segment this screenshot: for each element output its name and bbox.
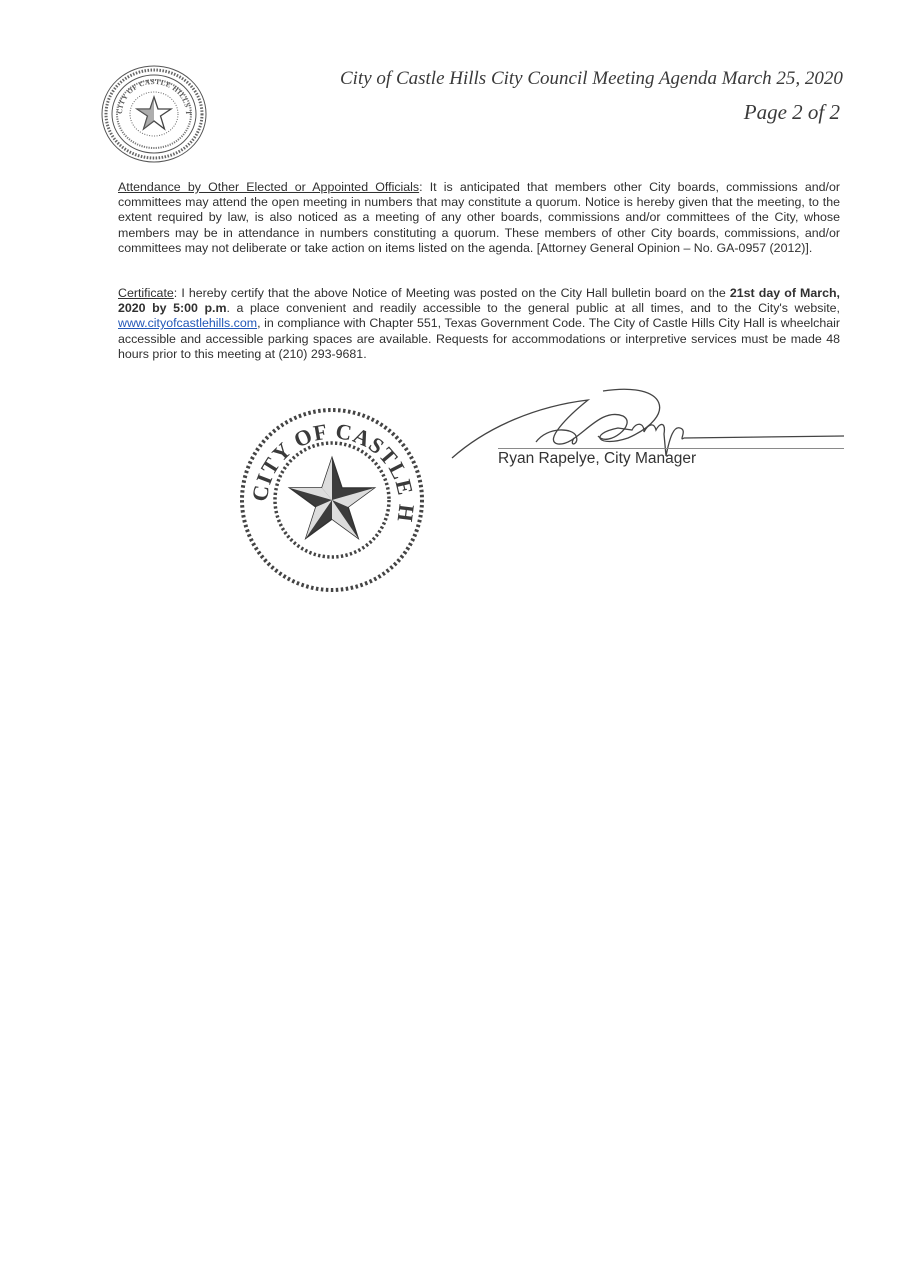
- star-icon: [290, 458, 374, 538]
- certificate-paragraph: Certificate: I hereby certify that the a…: [118, 286, 840, 362]
- website-link[interactable]: www.cityofcastlehills.com: [118, 316, 257, 330]
- attendance-heading: Attendance by Other Elected or Appointed…: [118, 180, 419, 194]
- signer-name: Ryan Rapelye, City Manager: [498, 450, 696, 468]
- certificate-heading: Certificate: [118, 286, 174, 300]
- page-number: Page 2 of 2: [640, 100, 840, 125]
- document-title: City of Castle Hills City Council Meetin…: [340, 68, 840, 90]
- city-seal-large: CITY OF CASTLE HILLS: [236, 404, 428, 596]
- signature-line: [498, 448, 844, 449]
- city-seal-small: CITY OF CASTLE HILLS TEXAS: [100, 64, 208, 164]
- attendance-paragraph: Attendance by Other Elected or Appointed…: [118, 180, 840, 256]
